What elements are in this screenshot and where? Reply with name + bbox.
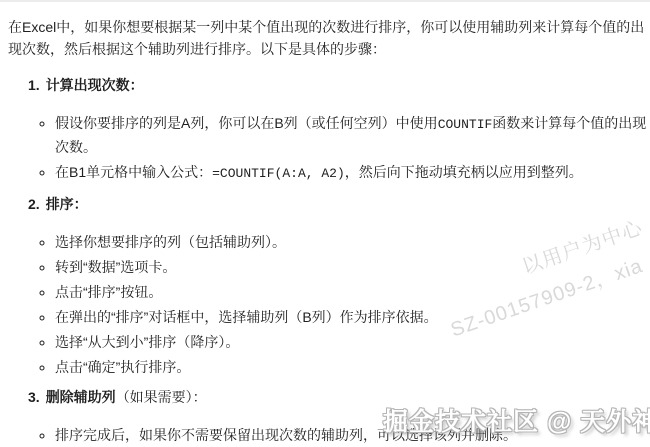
- bullet-item: 转到“数据”选项卡。: [55, 256, 650, 278]
- inline-code: =COUNTIF(A:A, A2): [212, 166, 345, 181]
- bullet-text-line: 在B1单元格中输入公式：=COUNTIF(A:A, A2)，然后向下拖动填充柄以…: [55, 161, 650, 185]
- step-title: 计算出现次数：: [46, 77, 144, 93]
- step-title: 排序：: [46, 196, 88, 212]
- intro-paragraph: 在Excel中，如果你想要根据某一列中某个值出现的次数进行排序，你可以使用辅助列…: [8, 16, 650, 60]
- bullet-list-3: 排序完成后，如果你不需要保留出现次数的辅助列，可以选择该列并删除。: [0, 424, 650, 446]
- intro-line-2: 现次数，然后根据这个辅助列进行排序。以下是具体的步骤：: [8, 38, 650, 60]
- inline-code: COUNTIF: [438, 117, 493, 132]
- bullet-text: 在B1单元格中输入公式：: [55, 164, 212, 180]
- step-number: 3.: [28, 387, 40, 408]
- bullet-text-line: 次数。: [55, 136, 650, 158]
- bullet-text-line: 点击“确定”执行排序。: [55, 356, 650, 378]
- step-title-suffix: （如果需要）：: [116, 389, 207, 405]
- step-heading-3: 3.删除辅助列（如果需要）：: [0, 387, 650, 408]
- bullet-text: 假设你要排序的列是A列，你可以在B列（或任何空列）中使用: [55, 115, 438, 131]
- step-number: 1.: [28, 75, 40, 96]
- bullet-list-2: 选择你想要排序的列（包括辅助列）。 转到“数据”选项卡。 点击“排序”按钮。 在…: [0, 231, 650, 378]
- bullet-item: 选择“从大到小”排序（降序）。: [55, 331, 650, 353]
- bullet-text-line: 在弹出的“排序”对话框中，选择辅助列（B列）作为排序依据。: [55, 306, 650, 328]
- article-body: 在Excel中，如果你想要根据某一列中某个值出现的次数进行排序，你可以使用辅助列…: [0, 2, 650, 446]
- step-heading-1: 1.计算出现次数：: [0, 75, 650, 96]
- step-number: 2.: [28, 194, 40, 215]
- bullet-list-1: 假设你要排序的列是A列，你可以在B列（或任何空列）中使用COUNTIF函数来计算…: [0, 112, 650, 185]
- bullet-item: 在B1单元格中输入公式：=COUNTIF(A:A, A2)，然后向下拖动填充柄以…: [55, 161, 650, 185]
- bullet-item: 假设你要排序的列是A列，你可以在B列（或任何空列）中使用COUNTIF函数来计算…: [55, 112, 650, 158]
- step-title: 删除辅助列: [46, 389, 116, 405]
- bullet-text: 函数来计算每个值的出现: [492, 115, 646, 131]
- bullet-text-line: 点击“排序”按钮。: [55, 281, 650, 303]
- bullet-item: 点击“确定”执行排序。: [55, 356, 650, 378]
- bullet-text: ，然后向下拖动填充柄以应用到整列。: [345, 164, 583, 180]
- bullet-item: 在弹出的“排序”对话框中，选择辅助列（B列）作为排序依据。: [55, 306, 650, 328]
- bullet-item: 点击“排序”按钮。: [55, 281, 650, 303]
- bullet-text-line: 选择你想要排序的列（包括辅助列）。: [55, 231, 650, 253]
- step-heading-2: 2.排序：: [0, 194, 650, 215]
- intro-line-1: 在Excel中，如果你想要根据某一列中某个值出现的次数进行排序，你可以使用辅助列…: [8, 16, 650, 38]
- bullet-text-line: 排序完成后，如果你不需要保留出现次数的辅助列，可以选择该列并删除。: [55, 424, 650, 446]
- bullet-item: 排序完成后，如果你不需要保留出现次数的辅助列，可以选择该列并删除。: [55, 424, 650, 446]
- bullet-text-line: 转到“数据”选项卡。: [55, 256, 650, 278]
- bullet-text-line: 选择“从大到小”排序（降序）。: [55, 331, 650, 353]
- bullet-item: 选择你想要排序的列（包括辅助列）。: [55, 231, 650, 253]
- bullet-text-line: 假设你要排序的列是A列，你可以在B列（或任何空列）中使用COUNTIF函数来计算…: [55, 112, 650, 136]
